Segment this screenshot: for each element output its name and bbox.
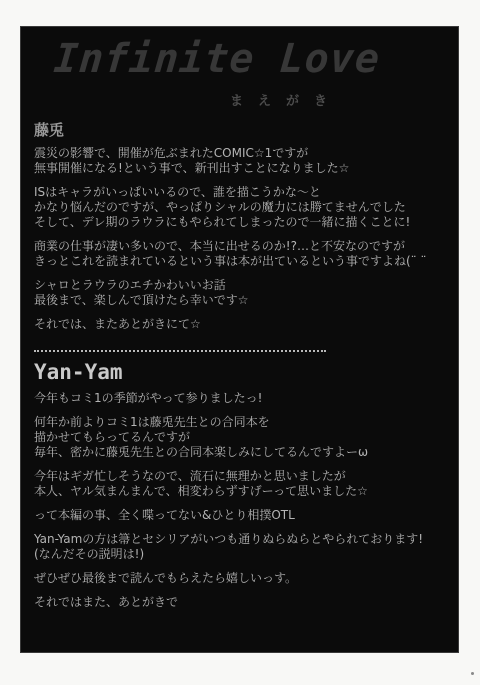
paragraph: ぜひぜひ最後まで読んでもらえたら嬉しいっす。 <box>34 571 444 586</box>
text-line: Yan-Yamの方は箒とセシリアがいつも通りぬらぬらとやられております! <box>34 532 444 547</box>
text-line: 今年はギガ忙しそうなので、流石に無理かと思いましたが <box>34 469 444 484</box>
paragraph: 今年はギガ忙しそうなので、流石に無理かと思いましたが 本人、ヤル気まんまんで、相… <box>34 469 444 499</box>
paragraph: って本編の事、全く喋ってない&ひとり相撲OTL <box>34 508 444 523</box>
text-line: 何年か前よりコミ1は藤兎先生との合同本を <box>34 415 444 430</box>
paragraph: それでは、またあとがきにて☆ <box>34 317 444 332</box>
text-line: 商業の仕事が凄い多いので、本当に出せるのか!?…と不安なのですが <box>34 239 444 254</box>
text-line: そして、デレ期のラウラにもやられてしまったので一緒に描くことに! <box>34 215 444 230</box>
corner-mark <box>471 672 474 675</box>
author-heading-yanyam: Yan-Yam <box>34 360 444 384</box>
doujin-preface-page: Infinite Love まえがき 藤兎 震災の影響で、開催が危ぶまれたCOM… <box>20 26 459 653</box>
text-line: かなり悩んだのですが、やっぱりシャルの魔力には勝てませんでした <box>34 200 444 215</box>
text-line: それでは、またあとがきにて☆ <box>34 317 444 332</box>
paragraph: 商業の仕事が凄い多いので、本当に出せるのか!?…と不安なのですが きっとこれを読… <box>34 239 444 269</box>
paragraph: それではまた、あとがきで <box>34 595 444 610</box>
paragraph: シャロとラウラのエチかわいいお話 最後まで、楽しんで頂けたら幸いです☆ <box>34 278 444 308</box>
paragraph: 今年もコミ1の季節がやって参りましたっ! <box>34 391 444 406</box>
scan-background: Infinite Love まえがき 藤兎 震災の影響で、開催が危ぶまれたCOM… <box>0 0 480 685</box>
text-line: ぜひぜひ最後まで読んでもらえたら嬉しいっす。 <box>34 571 444 586</box>
text-line: ISはキャラがいっぱいいるので、誰を描こうかな〜と <box>34 185 444 200</box>
text-line: 本人、ヤル気まんまんで、相変わらずすげーって思いました☆ <box>34 484 444 499</box>
dotted-divider <box>34 350 326 352</box>
text-line: って本編の事、全く喋ってない&ひとり相撲OTL <box>34 508 444 523</box>
text-line: 最後まで、楽しんで頂けたら幸いです☆ <box>34 293 444 308</box>
text-line: きっとこれを読まれているという事は本が出ているという事ですよね(¨ ¨ <box>34 254 444 269</box>
text-line: 震災の影響で、開催が危ぶまれたCOMIC☆1ですが <box>34 146 444 161</box>
paragraph: ISはキャラがいっぱいいるので、誰を描こうかな〜と かなり悩んだのですが、やっぱ… <box>34 185 444 230</box>
page-title: Infinite Love <box>52 36 456 82</box>
paragraph: 震災の影響で、開催が危ぶまれたCOMIC☆1ですが 無事開催になる!という事で、… <box>34 146 444 176</box>
text-line: (なんだその説明は!) <box>34 547 444 562</box>
text-line: シャロとラウラのエチかわいいお話 <box>34 278 444 293</box>
author-heading-fujito: 藤兎 <box>34 121 444 139</box>
text-line: 毎年、密かに藤兎先生との合同本楽しみにしてるんですよーω <box>34 445 444 460</box>
page-content: 藤兎 震災の影響で、開催が危ぶまれたCOMIC☆1ですが 無事開催になる!という… <box>34 121 444 619</box>
paragraph: Yan-Yamの方は箒とセシリアがいつも通りぬらぬらとやられております! (なん… <box>34 532 444 562</box>
paragraph: 何年か前よりコミ1は藤兎先生との合同本を 描かせてもらってるんですが 毎年、密か… <box>34 415 444 460</box>
text-line: 描かせてもらってるんですが <box>34 430 444 445</box>
text-line: 今年もコミ1の季節がやって参りましたっ! <box>34 391 444 406</box>
page-subtitle-maegaki: まえがき <box>230 90 342 109</box>
text-line: それではまた、あとがきで <box>34 595 444 610</box>
text-line: 無事開催になる!という事で、新刊出すことになりました☆ <box>34 161 444 176</box>
